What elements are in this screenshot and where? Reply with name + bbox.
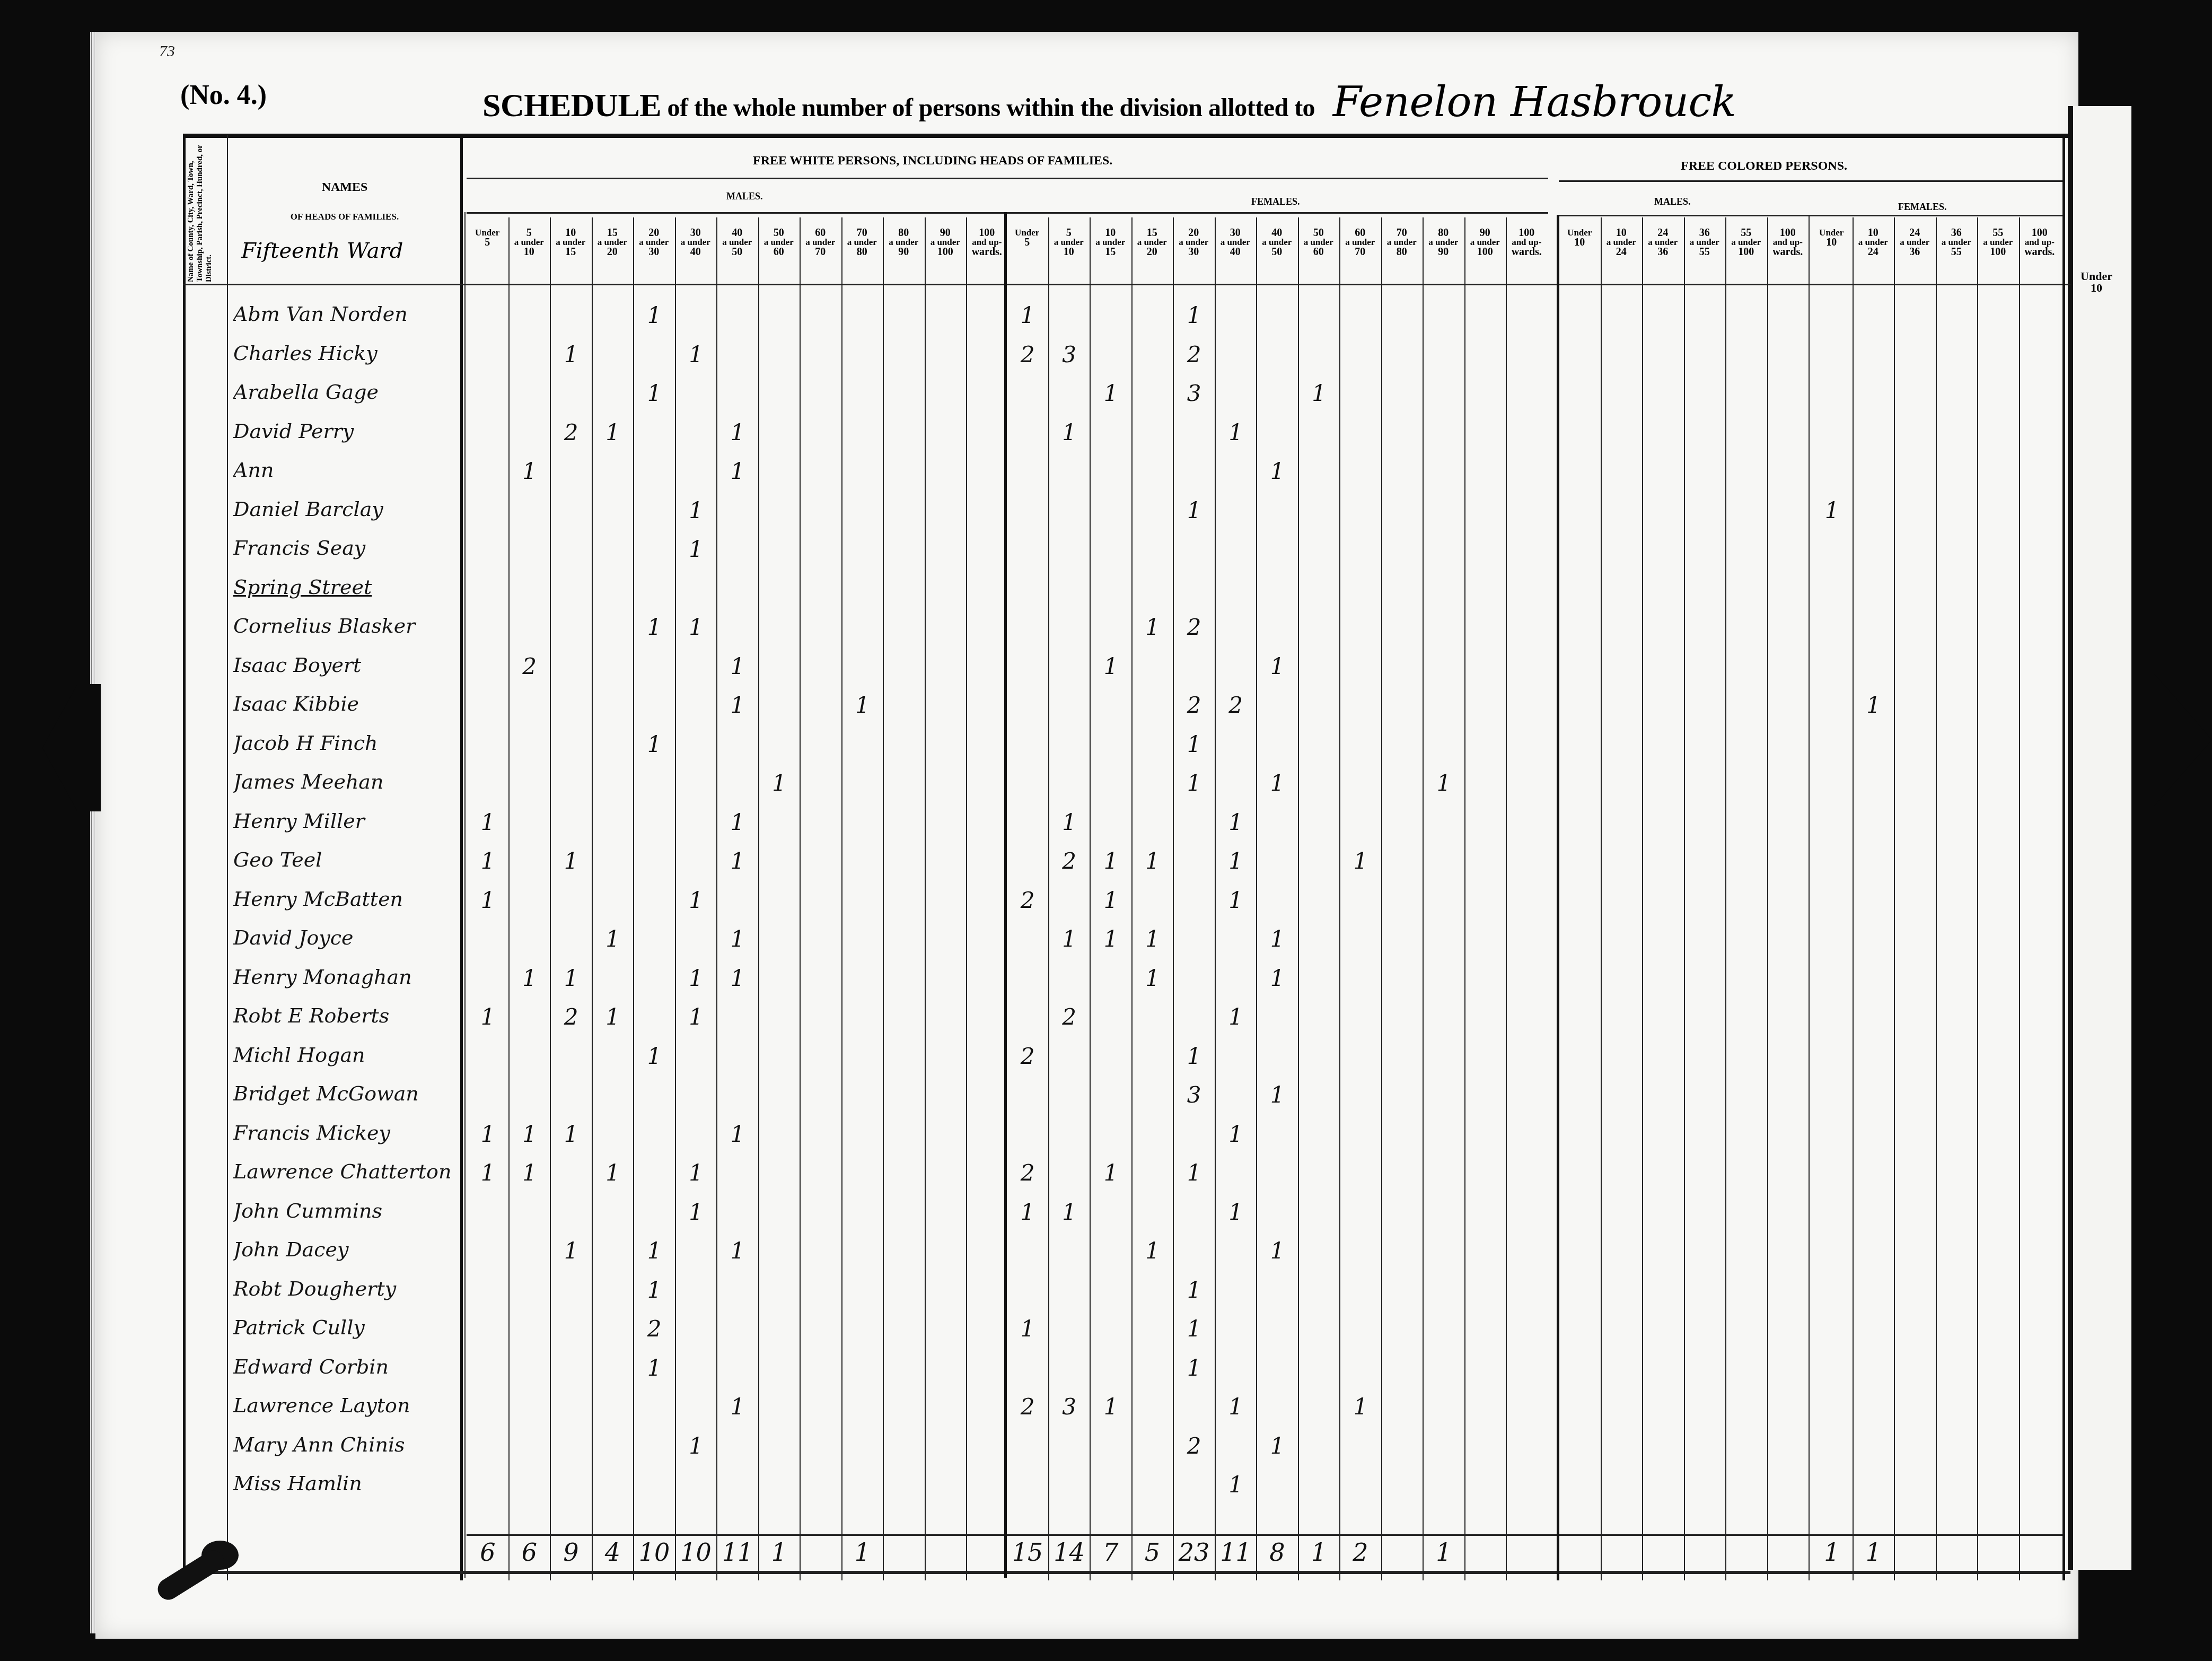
white-header-rule <box>467 178 1548 179</box>
head-of-family-name: Miss Hamlin <box>233 1472 456 1510</box>
col-header-bot: 24 <box>1601 247 1643 257</box>
white-female-total: 11 <box>1215 1538 1257 1567</box>
names-subtitle: OF HEADS OF FAMILIES. <box>239 212 451 222</box>
col-header-top: 80 <box>883 228 925 238</box>
head-of-family-name: Francis Mickey <box>233 1121 456 1159</box>
white-male-count: 2 <box>550 1004 592 1030</box>
white-female-count: 1 <box>1090 1160 1132 1186</box>
white-male-count: 1 <box>716 809 759 835</box>
white-female-count: 2 <box>1173 1433 1215 1459</box>
white-female-count: 2 <box>1006 1160 1049 1186</box>
white-male-count: 1 <box>841 692 884 718</box>
white-female-count: 1 <box>1215 1394 1257 1420</box>
white-female-count: 1 <box>1173 1355 1215 1381</box>
white-male-total: 6 <box>508 1538 551 1567</box>
col-header-bot: 80 <box>841 247 883 257</box>
white-female-count: 2 <box>1006 887 1049 913</box>
col-header-bot: wards. <box>1767 247 1809 257</box>
white-female-count: 1 <box>1131 1238 1174 1264</box>
white-female-count: 1 <box>1131 926 1174 952</box>
col-header-top: 15 <box>592 228 634 238</box>
colored-female-group-line <box>1809 215 1810 1580</box>
white-female-count: 1 <box>1173 731 1215 757</box>
white-male-count: 1 <box>716 419 759 445</box>
white-female-count: 1 <box>1215 1472 1257 1498</box>
col-header-top: 60 <box>800 228 841 238</box>
col-header-bot: wards. <box>1506 247 1548 257</box>
totals-bottom-rule <box>183 1571 2070 1574</box>
white-female-count: 2 <box>1048 848 1091 874</box>
colored-female-col-header: Under10 <box>1811 228 1853 247</box>
white-male-count: 1 <box>716 965 759 991</box>
page-tab-left <box>42 684 101 811</box>
col-header-top: 50 <box>758 228 800 238</box>
colored-male-col-header: 36a under55 <box>1684 228 1726 257</box>
col-header-top: 100 <box>1506 228 1548 238</box>
head-of-family-name: Francis Seay <box>233 536 456 574</box>
white-male-count: 1 <box>633 1355 675 1381</box>
head-of-family-name: Isaac Kibbie <box>233 692 456 730</box>
white-female-col-header: 60a under70 <box>1339 228 1381 257</box>
white-female-col-header: 100and up-wards. <box>1506 228 1548 257</box>
white-female-count: 1 <box>1256 1082 1298 1108</box>
col-header-bot: 10 <box>1811 238 1853 247</box>
white-female-total: 1 <box>1298 1538 1340 1567</box>
white-male-count: 1 <box>467 887 509 913</box>
col-header-top: 100 <box>1767 228 1809 238</box>
white-female-count: 2 <box>1006 342 1049 368</box>
colored-male-col-line <box>1684 217 1685 1580</box>
white-subheader-rule <box>467 212 1548 214</box>
names-title: NAMES <box>239 180 451 195</box>
head-of-family-name: Arabella Gage <box>233 380 456 418</box>
white-females-label: FEMALES. <box>1251 196 1300 207</box>
white-female-count: 1 <box>1256 965 1298 991</box>
head-of-family-name: John Cummins <box>233 1199 456 1237</box>
head-of-family-name: Abm Van Norden <box>233 302 456 340</box>
head-of-family-name: Cornelius Blasker <box>233 614 456 652</box>
col-header-bot: 100 <box>1977 247 2019 257</box>
white-female-total: 14 <box>1048 1538 1091 1567</box>
col-header-bot: 36 <box>1642 247 1684 257</box>
white-male-col-line <box>966 217 967 1580</box>
ward-label: Fifteenth Ward <box>241 239 403 263</box>
white-male-count: 1 <box>592 1004 634 1030</box>
free-white-label: FREE WHITE PERSONS, INCLUDING HEADS OF F… <box>753 154 1112 168</box>
white-female-total: 5 <box>1131 1538 1174 1567</box>
col-header-bot: 10 <box>508 247 550 257</box>
white-male-count: 1 <box>508 1160 551 1186</box>
white-female-col-line <box>1339 217 1340 1580</box>
white-female-total: 8 <box>1256 1538 1298 1567</box>
col-header-top: 70 <box>841 228 883 238</box>
col-header-bot: 50 <box>716 247 758 257</box>
white-male-col-line <box>800 217 801 1580</box>
white-female-count: 1 <box>1339 1394 1382 1420</box>
colored-header-rule <box>1559 180 2062 182</box>
col-header-bot: 10 <box>1559 238 1601 247</box>
head-of-family-name: Lawrence Layton <box>233 1394 456 1432</box>
grid-line-names <box>460 135 463 1580</box>
col-header-bot: 5 <box>467 238 508 247</box>
colored-female-total: 1 <box>1853 1538 1895 1567</box>
white-female-col-header: 10a under15 <box>1090 228 1131 257</box>
white-female-count: 1 <box>1131 614 1174 640</box>
white-male-count: 1 <box>508 965 551 991</box>
white-male-count: 1 <box>467 848 509 874</box>
col-header-bot: 50 <box>1256 247 1298 257</box>
col-header-top: 10 <box>550 228 592 238</box>
col-header-bot: 40 <box>675 247 717 257</box>
white-female-col-line <box>1423 217 1424 1580</box>
white-male-total: 10 <box>675 1538 717 1567</box>
colored-male-col-line <box>1642 217 1643 1580</box>
col-header-bot: 20 <box>592 247 634 257</box>
white-male-count: 1 <box>467 1004 509 1030</box>
page-number: 73 <box>159 42 175 60</box>
white-male-total: 9 <box>550 1538 592 1567</box>
white-male-count: 1 <box>716 458 759 484</box>
white-male-col-header: Under5 <box>467 228 508 247</box>
colored-female-col-line <box>1936 217 1937 1580</box>
col-header-bot: 5 <box>1006 238 1048 247</box>
white-female-col-header: Under5 <box>1006 228 1048 247</box>
colored-male-col-line <box>1601 217 1602 1580</box>
col-header-bot: 30 <box>1173 247 1215 257</box>
white-male-count: 1 <box>550 1238 592 1264</box>
col-header-bot: 100 <box>1725 247 1767 257</box>
white-female-count: 1 <box>1173 1160 1215 1186</box>
white-male-count: 2 <box>633 1316 675 1342</box>
white-female-count: 1 <box>1215 848 1257 874</box>
head-of-family-name: Geo Teel <box>233 848 456 886</box>
col-header-top: 15 <box>1131 228 1173 238</box>
white-male-count: 1 <box>633 380 675 406</box>
col-header-bot: 20 <box>1131 247 1173 257</box>
head-of-family-name: Ann <box>233 458 456 496</box>
head-of-family-name: Henry Miller <box>233 809 456 847</box>
white-female-count: 1 <box>1173 1277 1215 1303</box>
col-header-top: 55 <box>1977 228 2019 238</box>
colored-male-col-header: 100and up-wards. <box>1767 228 1809 257</box>
white-female-col-header: 40a under50 <box>1256 228 1298 257</box>
white-female-count: 1 <box>1256 770 1298 796</box>
head-of-family-name: Robt E Roberts <box>233 1004 456 1042</box>
white-male-col-header: 15a under20 <box>592 228 634 257</box>
white-male-count: 1 <box>592 419 634 445</box>
white-male-count: 1 <box>592 926 634 952</box>
colored-female-total: 1 <box>1811 1538 1853 1567</box>
head-of-family-name: James Meehan <box>233 770 456 808</box>
colored-female-col-line <box>1977 217 1978 1580</box>
head-of-family-name: Henry Monaghan <box>233 965 456 1003</box>
white-female-count: 1 <box>1173 770 1215 796</box>
white-female-count: 1 <box>1173 1316 1215 1342</box>
white-male-count: 1 <box>633 731 675 757</box>
colored-females-label: FEMALES. <box>1898 202 1947 213</box>
colored-male-col-line <box>1767 217 1768 1580</box>
head-of-family-name: Lawrence Chatterton <box>233 1160 456 1198</box>
head-of-family-name: David Perry <box>233 419 456 458</box>
col-header-top: 10 <box>1601 228 1643 238</box>
enumerator-name: Fenelon Hasbrouck <box>1333 78 1736 126</box>
white-female-count: 1 <box>1090 848 1132 874</box>
white-female-count: 3 <box>1173 380 1215 406</box>
schedule-title: SCHEDULE of the whole number of persons … <box>482 78 1736 126</box>
white-male-count: 1 <box>716 692 759 718</box>
col-header-bot: 60 <box>1298 247 1340 257</box>
white-female-count: 1 <box>1298 380 1340 406</box>
white-female-count: 1 <box>1256 1238 1298 1264</box>
col-header-top: 60 <box>1339 228 1381 238</box>
colored-female-col-line <box>1894 217 1895 1580</box>
white-female-col-header: 15a under20 <box>1131 228 1173 257</box>
white-male-total: 11 <box>716 1538 759 1567</box>
white-female-count: 1 <box>1256 458 1298 484</box>
colored-males-label: MALES. <box>1654 196 1691 207</box>
white-male-count: 1 <box>675 1004 717 1030</box>
colored-female-count: 1 <box>1853 692 1895 718</box>
colored-male-group-line <box>1557 215 1559 1580</box>
col-header-bot: 15 <box>550 247 592 257</box>
white-male-count: 1 <box>675 614 717 640</box>
white-male-group-line <box>464 212 466 1578</box>
white-male-col-header: 90a under100 <box>925 228 967 257</box>
white-female-col-header: 20a under30 <box>1173 228 1215 257</box>
head-of-family-name: John Dacey <box>233 1238 456 1276</box>
col-header-top: 100 <box>2019 228 2061 238</box>
white-female-count: 1 <box>1173 497 1215 523</box>
white-female-count: 2 <box>1006 1043 1049 1069</box>
white-female-col-line <box>1464 217 1465 1580</box>
col-header-top: 24 <box>1894 228 1936 238</box>
col-header-top: 10 <box>1090 228 1131 238</box>
head-of-family-name: Charles Hicky <box>233 342 456 380</box>
col-header-top: 30 <box>675 228 717 238</box>
white-female-count: 1 <box>1256 653 1298 679</box>
colored-male-col-line <box>1725 217 1726 1580</box>
form-number: (No. 4.) <box>180 80 267 111</box>
colored-female-col-line <box>1853 217 1854 1580</box>
col-header-bot: 40 <box>1215 247 1257 257</box>
white-female-total: 15 <box>1006 1538 1049 1567</box>
white-male-count: 2 <box>550 419 592 445</box>
white-female-count: 1 <box>1215 809 1257 835</box>
col-header-bot: 55 <box>1936 247 1978 257</box>
names-header: NAMES OF HEADS OF FAMILIES. <box>239 180 451 222</box>
col-header-bot: 10 <box>1048 247 1090 257</box>
col-header-bot: 24 <box>1853 247 1894 257</box>
location-column-label: Name of County, City, Ward, Town, Townsh… <box>187 139 229 282</box>
col-header-bot: 100 <box>925 247 967 257</box>
col-header-bot: 15 <box>1090 247 1131 257</box>
head-of-family-name: David Joyce <box>233 926 456 964</box>
white-male-count: 1 <box>675 887 717 913</box>
col-header-bot: 30 <box>633 247 675 257</box>
col-header-top: 24 <box>1642 228 1684 238</box>
col-header-bot: 90 <box>883 247 925 257</box>
white-male-col-line <box>841 217 842 1580</box>
grid-line-location <box>227 135 228 1580</box>
head-of-family-name: Michl Hogan <box>233 1043 456 1081</box>
white-female-count: 3 <box>1048 342 1091 368</box>
col-header-top: 90 <box>1464 228 1506 238</box>
head-of-family-name: Jacob H Finch <box>233 731 456 770</box>
header-bottom-rule <box>183 284 2070 285</box>
head-of-family-name: Mary Ann Chinis <box>233 1433 456 1471</box>
white-female-count: 2 <box>1173 342 1215 368</box>
white-male-count: 1 <box>550 965 592 991</box>
col-header-bot: 80 <box>1381 247 1423 257</box>
white-male-count: 1 <box>675 1199 717 1225</box>
head-of-family-name: Daniel Barclay <box>233 497 456 536</box>
white-female-count: 1 <box>1048 926 1091 952</box>
white-female-count: 1 <box>1256 926 1298 952</box>
colored-female-col-header: 10a under24 <box>1853 228 1894 257</box>
col-header-top: 5 <box>1048 228 1090 238</box>
white-female-total: 2 <box>1339 1538 1382 1567</box>
white-female-col-line <box>1381 217 1382 1580</box>
white-male-col-header: 80a under90 <box>883 228 925 257</box>
white-male-col-header: 70a under80 <box>841 228 883 257</box>
white-female-col-header: 90a under100 <box>1464 228 1506 257</box>
white-male-count: 1 <box>716 848 759 874</box>
white-male-count: 1 <box>758 770 801 796</box>
white-male-count: 1 <box>633 1043 675 1069</box>
head-of-family-name: Henry McBatten <box>233 887 456 925</box>
white-male-count: 1 <box>716 653 759 679</box>
colored-female-col-header: 55a under100 <box>1977 228 2019 257</box>
white-female-count: 1 <box>1090 887 1132 913</box>
colored-female-count: 1 <box>1811 497 1853 523</box>
white-female-col-header: 5a under10 <box>1048 228 1090 257</box>
totals-top-rule <box>467 1534 2062 1536</box>
col-header-top: 5 <box>508 228 550 238</box>
colored-male-col-header: 10a under24 <box>1601 228 1643 257</box>
col-header-top: 50 <box>1298 228 1340 238</box>
white-male-col-line <box>925 217 926 1580</box>
white-female-count: 1 <box>1256 1433 1298 1459</box>
white-male-count: 1 <box>592 1160 634 1186</box>
white-female-count: 1 <box>1215 1121 1257 1147</box>
col-header-top: 20 <box>1173 228 1215 238</box>
col-header-top: 10 <box>1853 228 1894 238</box>
grid-border-right <box>2062 135 2065 1580</box>
white-female-count: 1 <box>1215 1004 1257 1030</box>
white-female-total: 7 <box>1090 1538 1132 1567</box>
white-males-label: MALES. <box>726 191 763 202</box>
title-bold: SCHEDULE <box>482 88 661 124</box>
white-male-count: 1 <box>467 1121 509 1147</box>
col-header-bot: 70 <box>800 247 841 257</box>
white-female-count: 1 <box>1048 419 1091 445</box>
col-header-bot: 90 <box>1423 247 1464 257</box>
white-female-count: 1 <box>1173 1043 1215 1069</box>
white-male-count: 2 <box>508 653 551 679</box>
col-header-top: 70 <box>1381 228 1423 238</box>
head-of-family-name: Robt Dougherty <box>233 1277 456 1315</box>
colored-male-col-header: 24a under36 <box>1642 228 1684 257</box>
white-female-count: 3 <box>1173 1082 1215 1108</box>
col-header-top: 90 <box>925 228 967 238</box>
colored-male-col-header: Under10 <box>1559 228 1601 247</box>
white-male-count: 1 <box>675 342 717 368</box>
white-male-total: 6 <box>467 1538 509 1567</box>
colored-male-col-header: 55a under100 <box>1725 228 1767 257</box>
white-male-count: 1 <box>675 497 717 523</box>
white-female-col-header: 50a under60 <box>1298 228 1340 257</box>
white-male-count: 1 <box>508 1121 551 1147</box>
head-of-family-name: Isaac Boyert <box>233 653 456 692</box>
white-male-count: 1 <box>716 1121 759 1147</box>
col-header-bot: 60 <box>758 247 800 257</box>
white-female-count: 1 <box>1090 926 1132 952</box>
white-male-count: 1 <box>633 614 675 640</box>
white-male-count: 1 <box>550 342 592 368</box>
white-male-count: 1 <box>633 302 675 328</box>
white-female-count: 1 <box>1339 848 1382 874</box>
white-male-count: 1 <box>675 965 717 991</box>
colored-subheader-rule <box>1559 215 2062 216</box>
white-female-count: 2 <box>1048 1004 1091 1030</box>
white-female-count: 1 <box>1423 770 1465 796</box>
white-male-col-header: 40a under50 <box>716 228 758 257</box>
colored-female-col-line <box>2019 217 2020 1580</box>
white-female-count: 3 <box>1048 1394 1091 1420</box>
white-male-count: 1 <box>675 1160 717 1186</box>
white-female-count: 2 <box>1006 1394 1049 1420</box>
col-header-top: 55 <box>1725 228 1767 238</box>
white-male-count: 1 <box>716 1238 759 1264</box>
white-male-count: 1 <box>508 458 551 484</box>
white-male-count: 1 <box>467 809 509 835</box>
white-female-count: 1 <box>1090 653 1132 679</box>
free-colored-label: FREE COLORED PERSONS. <box>1681 159 1847 173</box>
head-of-family-name: Bridget McGowan <box>233 1082 456 1120</box>
white-male-count: 1 <box>675 1433 717 1459</box>
white-female-col-header: 80a under90 <box>1423 228 1464 257</box>
white-male-col-header: 5a under10 <box>508 228 550 257</box>
col-header-bot: wards. <box>2019 247 2061 257</box>
white-female-count: 2 <box>1215 692 1257 718</box>
white-male-count: 1 <box>716 1394 759 1420</box>
white-female-count: 1 <box>1131 965 1174 991</box>
white-male-count: 1 <box>633 1277 675 1303</box>
white-male-col-header: 50a under60 <box>758 228 800 257</box>
white-female-count: 2 <box>1173 614 1215 640</box>
white-male-col-header: 100and up-wards. <box>966 228 1008 257</box>
white-female-count: 1 <box>1006 302 1049 328</box>
white-female-count: 1 <box>1006 1316 1049 1342</box>
head-of-family-name: Patrick Cully <box>233 1316 456 1354</box>
white-female-count: 1 <box>1215 1199 1257 1225</box>
col-header-top: 36 <box>1936 228 1978 238</box>
white-male-count: 1 <box>550 1121 592 1147</box>
white-female-count: 1 <box>1048 809 1091 835</box>
white-female-count: 2 <box>1173 692 1215 718</box>
next-page-column-label: Under 10 <box>2081 270 2112 294</box>
white-female-total: 23 <box>1173 1538 1215 1567</box>
col-header-top: 30 <box>1215 228 1257 238</box>
white-male-total: 4 <box>592 1538 634 1567</box>
white-male-total: 10 <box>633 1538 675 1567</box>
white-male-total: 1 <box>841 1538 884 1567</box>
white-female-count: 1 <box>1006 1199 1049 1225</box>
white-male-col-header: 60a under70 <box>800 228 841 257</box>
white-male-count: 1 <box>716 926 759 952</box>
white-male-count: 1 <box>467 1160 509 1186</box>
white-male-col-line <box>883 217 884 1580</box>
